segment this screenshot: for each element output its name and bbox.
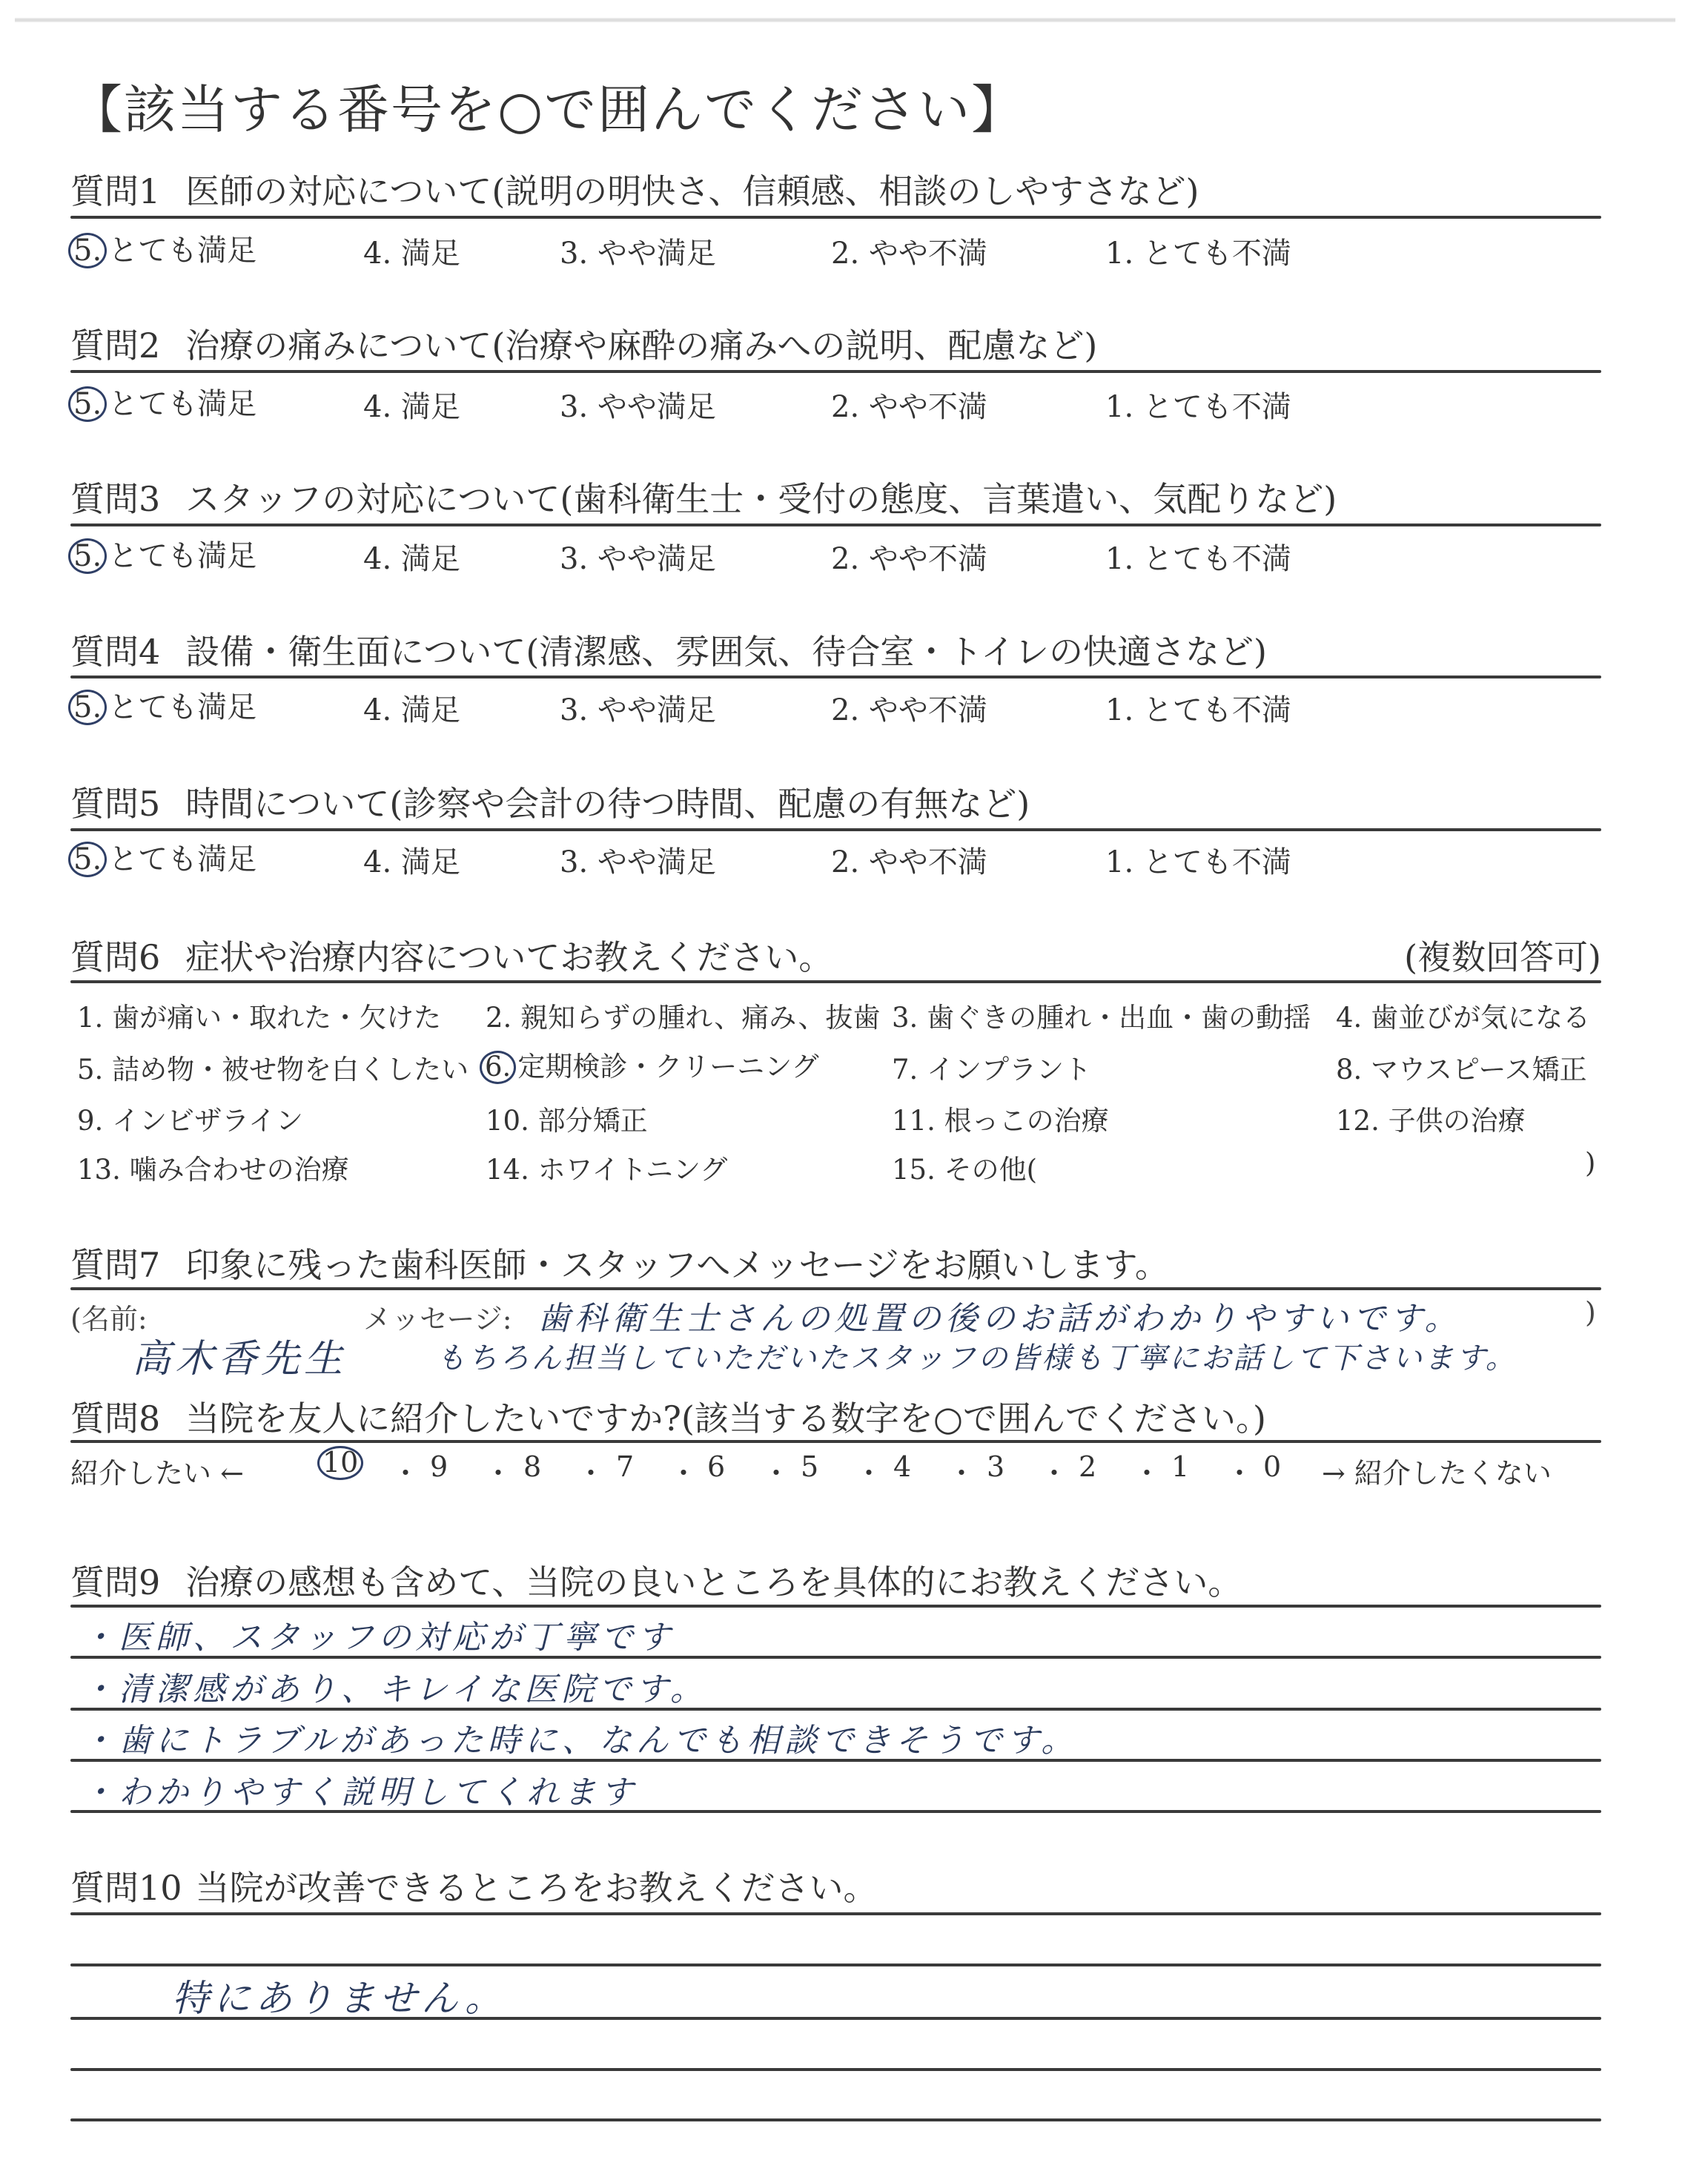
- rating-option-3[interactable]: 3. やや満足: [560, 230, 716, 272]
- rating-option-1[interactable]: 1. とても不満: [1105, 535, 1291, 578]
- treatment-option-8[interactable]: 8. マウスピース矯正: [1336, 1047, 1587, 1087]
- question-2-heading: 質問2治療の痛みについて(治療や麻酔の痛みへの説明、配慮など): [70, 319, 1097, 368]
- recommend-left-label: 紹介したい ←: [70, 1450, 244, 1491]
- selected-circle-mark: 5.: [68, 386, 107, 422]
- treatment-option-3[interactable]: 3. 歯ぐきの腫れ・出血・歯の動揺: [892, 995, 1311, 1035]
- message-label: メッセージ:: [363, 1296, 512, 1337]
- question-8-heading: 質問8当院を友人に紹介したいですか?(該当する数字を○で囲んでください。): [70, 1392, 1266, 1441]
- rating-option-3[interactable]: 3. やや満足: [560, 687, 716, 729]
- rating-option-5[interactable]: 5.とても満足: [74, 684, 256, 726]
- rating-option-1[interactable]: 1. とても不満: [1105, 230, 1291, 272]
- scale-value-4[interactable]: 4: [893, 1450, 911, 1483]
- scale-value-10[interactable]: 10: [323, 1446, 365, 1480]
- rating-option-3[interactable]: 3. やや満足: [560, 535, 716, 578]
- rating-option-1[interactable]: 1. とても不満: [1105, 383, 1291, 426]
- divider: [70, 216, 1601, 219]
- rating-option-3[interactable]: 3. やや満足: [560, 383, 716, 426]
- question-text: 治療の痛みについて(治療や麻酔の痛みへの説明、配慮など): [185, 326, 1097, 366]
- divider: [70, 1440, 1601, 1443]
- treatment-option-2[interactable]: 2. 親知らずの腫れ、痛み、抜歯: [486, 995, 881, 1035]
- selected-circle-mark: 5.: [68, 690, 107, 725]
- treatment-option-11[interactable]: 11. 根っこの治療: [892, 1098, 1109, 1138]
- rating-option-5[interactable]: 5.とても満足: [74, 380, 256, 423]
- divider: [70, 676, 1601, 678]
- divider: [70, 1287, 1601, 1290]
- answer-line: [70, 1964, 1601, 1966]
- question-text: 医師の対応について(説明の明快さ、信頼感、相談のしやすさなど): [185, 171, 1199, 211]
- rating-option-2[interactable]: 2. やや不満: [831, 535, 987, 578]
- question-9-heading: 質問9治療の感想も含めて、当院の良いところを具体的にお教えください。: [70, 1556, 1242, 1605]
- good-point-answer-2[interactable]: ・清潔感があり、キレイな医院です。: [82, 1662, 707, 1710]
- question-7-heading: 質問7印象に残った歯科医師・スタッフへメッセージをお願いします。: [70, 1238, 1169, 1287]
- rating-option-4[interactable]: 4. 満足: [363, 230, 460, 272]
- rating-option-4[interactable]: 4. 満足: [363, 687, 460, 729]
- scale-separator: ・: [577, 1450, 605, 1491]
- question-number: 質問4: [70, 632, 160, 672]
- scale-separator: ・: [1225, 1450, 1254, 1491]
- scale-value-6[interactable]: 6: [707, 1450, 725, 1483]
- treatment-option-4[interactable]: 4. 歯並びが気になる: [1336, 995, 1590, 1035]
- selected-circle-mark: 5.: [68, 842, 107, 877]
- question-number: 質問3: [70, 479, 160, 519]
- message-close-paren: ): [1585, 1296, 1596, 1329]
- rating-option-4[interactable]: 4. 満足: [363, 535, 460, 578]
- scan-top-edge: [15, 18, 1675, 22]
- question-number: 質問8: [70, 1398, 160, 1439]
- question-text: 時間について(診察や会計の待つ時間、配慮の有無など): [185, 784, 1030, 824]
- scale-value-5[interactable]: 5: [801, 1450, 818, 1483]
- answer-line: [70, 1605, 1601, 1608]
- treatment-option-12[interactable]: 12. 子供の治療: [1336, 1098, 1526, 1138]
- treatment-option-7[interactable]: 7. インプラント: [892, 1047, 1091, 1087]
- selected-circle-mark: 5.: [68, 233, 107, 268]
- question-number: 質問7: [70, 1245, 160, 1285]
- rating-option-2[interactable]: 2. やや不満: [831, 230, 987, 272]
- improvement-answer-1[interactable]: 特にありません。: [172, 1969, 506, 2022]
- question-5-heading: 質問5時間について(診察や会計の待つ時間、配慮の有無など): [70, 777, 1030, 826]
- answer-line: [70, 2068, 1601, 2071]
- rating-option-5[interactable]: 5.とても満足: [74, 227, 256, 269]
- other-close-paren: ): [1585, 1147, 1595, 1179]
- scale-separator: ・: [947, 1450, 976, 1491]
- scale-separator: ・: [855, 1450, 883, 1491]
- scale-value-3[interactable]: 3: [987, 1450, 1004, 1483]
- question-6-heading: 質問6症状や治療内容についてお教えください。 (複数回答可): [70, 931, 1601, 980]
- treatment-option-6[interactable]: 6.定期検診・クリーニング: [486, 1044, 819, 1084]
- treatment-option-5[interactable]: 5. 詰め物・被せ物を白くしたい: [77, 1047, 469, 1087]
- page-title: 【該当する番号を○で囲んでください】: [70, 68, 1025, 143]
- divider: [70, 370, 1601, 373]
- scale-separator: ・: [669, 1450, 698, 1491]
- question-10-heading: 質問10当院が改善できるところをお教えください。: [70, 1861, 878, 1910]
- scale-separator: ・: [391, 1450, 420, 1491]
- treatment-option-9[interactable]: 9. インビザライン: [77, 1098, 303, 1138]
- scale-value-2[interactable]: 2: [1079, 1450, 1096, 1483]
- scale-value-0[interactable]: 0: [1263, 1450, 1281, 1483]
- name-field-handwritten[interactable]: 高木香先生: [132, 1327, 347, 1383]
- message-line-2-handwritten[interactable]: もちろん担当していただいたスタッフの皆様も丁寧にお話して下さいます。: [436, 1335, 1517, 1377]
- treatment-option-14[interactable]: 14. ホワイトニング: [486, 1147, 727, 1187]
- question-3-heading: 質問3スタッフの対応について(歯科衛生士・受付の態度、言葉遣い、気配りなど): [70, 472, 1337, 521]
- message-line-1-handwritten[interactable]: 歯科衛生士さんの処置の後のお話がわかりやすいです。: [537, 1292, 1461, 1339]
- question-number: 質問5: [70, 784, 160, 824]
- answer-line: [70, 1912, 1601, 1915]
- scale-value-7[interactable]: 7: [616, 1450, 634, 1483]
- question-4-heading: 質問4設備・衛生面について(清潔感、雰囲気、待合室・トイレの快適さなど): [70, 625, 1267, 674]
- selected-circle-mark: 5.: [68, 538, 107, 574]
- treatment-option-15-other[interactable]: 15. その他(: [892, 1147, 1037, 1187]
- rating-option-5[interactable]: 5.とても満足: [74, 532, 256, 575]
- rating-option-3[interactable]: 3. やや満足: [560, 839, 716, 881]
- question-text: 設備・衛生面について(清潔感、雰囲気、待合室・トイレの快適さなど): [185, 632, 1267, 672]
- answer-line: [70, 2118, 1601, 2121]
- question-number: 質問1: [70, 171, 160, 211]
- scale-value-1[interactable]: 1: [1171, 1450, 1189, 1483]
- question-text: スタッフの対応について(歯科衛生士・受付の態度、言葉遣い、気配りなど): [185, 479, 1337, 519]
- rating-option-2[interactable]: 2. やや不満: [831, 687, 987, 729]
- scale-separator: ・: [484, 1450, 512, 1491]
- rating-option-4[interactable]: 4. 満足: [363, 839, 460, 881]
- scale-value-9[interactable]: 9: [430, 1450, 448, 1483]
- good-point-answer-1[interactable]: ・医師、スタッフの対応が丁寧です: [82, 1611, 675, 1658]
- multiple-answers-note: (複数回答可): [1404, 931, 1601, 980]
- question-number: 質問6: [70, 937, 160, 977]
- divider: [70, 980, 1601, 983]
- rating-option-1[interactable]: 1. とても不満: [1105, 839, 1291, 881]
- question-text: 治療の感想も含めて、当院の良いところを具体的にお教えください。: [185, 1562, 1242, 1602]
- good-point-answer-4[interactable]: ・わかりやすく説明してくれます: [82, 1766, 638, 1813]
- good-point-answer-3[interactable]: ・歯にトラブルがあった時に、なんでも相談できそうです。: [82, 1714, 1078, 1761]
- recommend-right-label: → 紹介したくない: [1322, 1450, 1552, 1491]
- divider: [70, 524, 1601, 526]
- rating-option-1[interactable]: 1. とても不満: [1105, 687, 1291, 729]
- question-text: 印象に残った歯科医師・スタッフへメッセージをお願いします。: [185, 1245, 1169, 1285]
- treatment-option-10[interactable]: 10. 部分矯正: [486, 1098, 648, 1138]
- rating-option-2[interactable]: 2. やや不満: [831, 839, 987, 881]
- question-number: 質問9: [70, 1562, 160, 1602]
- treatment-option-1[interactable]: 1. 歯が痛い・取れた・欠けた: [77, 995, 441, 1035]
- question-number: 質問10: [70, 1868, 182, 1908]
- divider: [70, 828, 1601, 831]
- question-text: 当院が改善できるところをお教えください。: [196, 1868, 878, 1908]
- scale-value-8[interactable]: 8: [523, 1450, 541, 1483]
- selected-circle-mark: 10: [317, 1446, 363, 1480]
- scale-separator: ・: [1133, 1450, 1161, 1491]
- rating-option-5[interactable]: 5.とても満足: [74, 836, 256, 878]
- question-text: 当院を友人に紹介したいですか?(該当する数字を○で囲んでください。): [185, 1398, 1266, 1439]
- selected-circle-mark: 6.: [480, 1051, 516, 1084]
- question-text: 症状や治療内容についてお教えください。: [185, 937, 833, 977]
- rating-option-4[interactable]: 4. 満足: [363, 383, 460, 426]
- scale-separator: ・: [762, 1450, 790, 1491]
- treatment-option-13[interactable]: 13. 噛み合わせの治療: [77, 1147, 349, 1187]
- rating-option-2[interactable]: 2. やや不満: [831, 383, 987, 426]
- question-1-heading: 質問1医師の対応について(説明の明快さ、信頼感、相談のしやすさなど): [70, 165, 1199, 214]
- question-number: 質問2: [70, 326, 160, 366]
- scale-separator: ・: [1040, 1450, 1068, 1491]
